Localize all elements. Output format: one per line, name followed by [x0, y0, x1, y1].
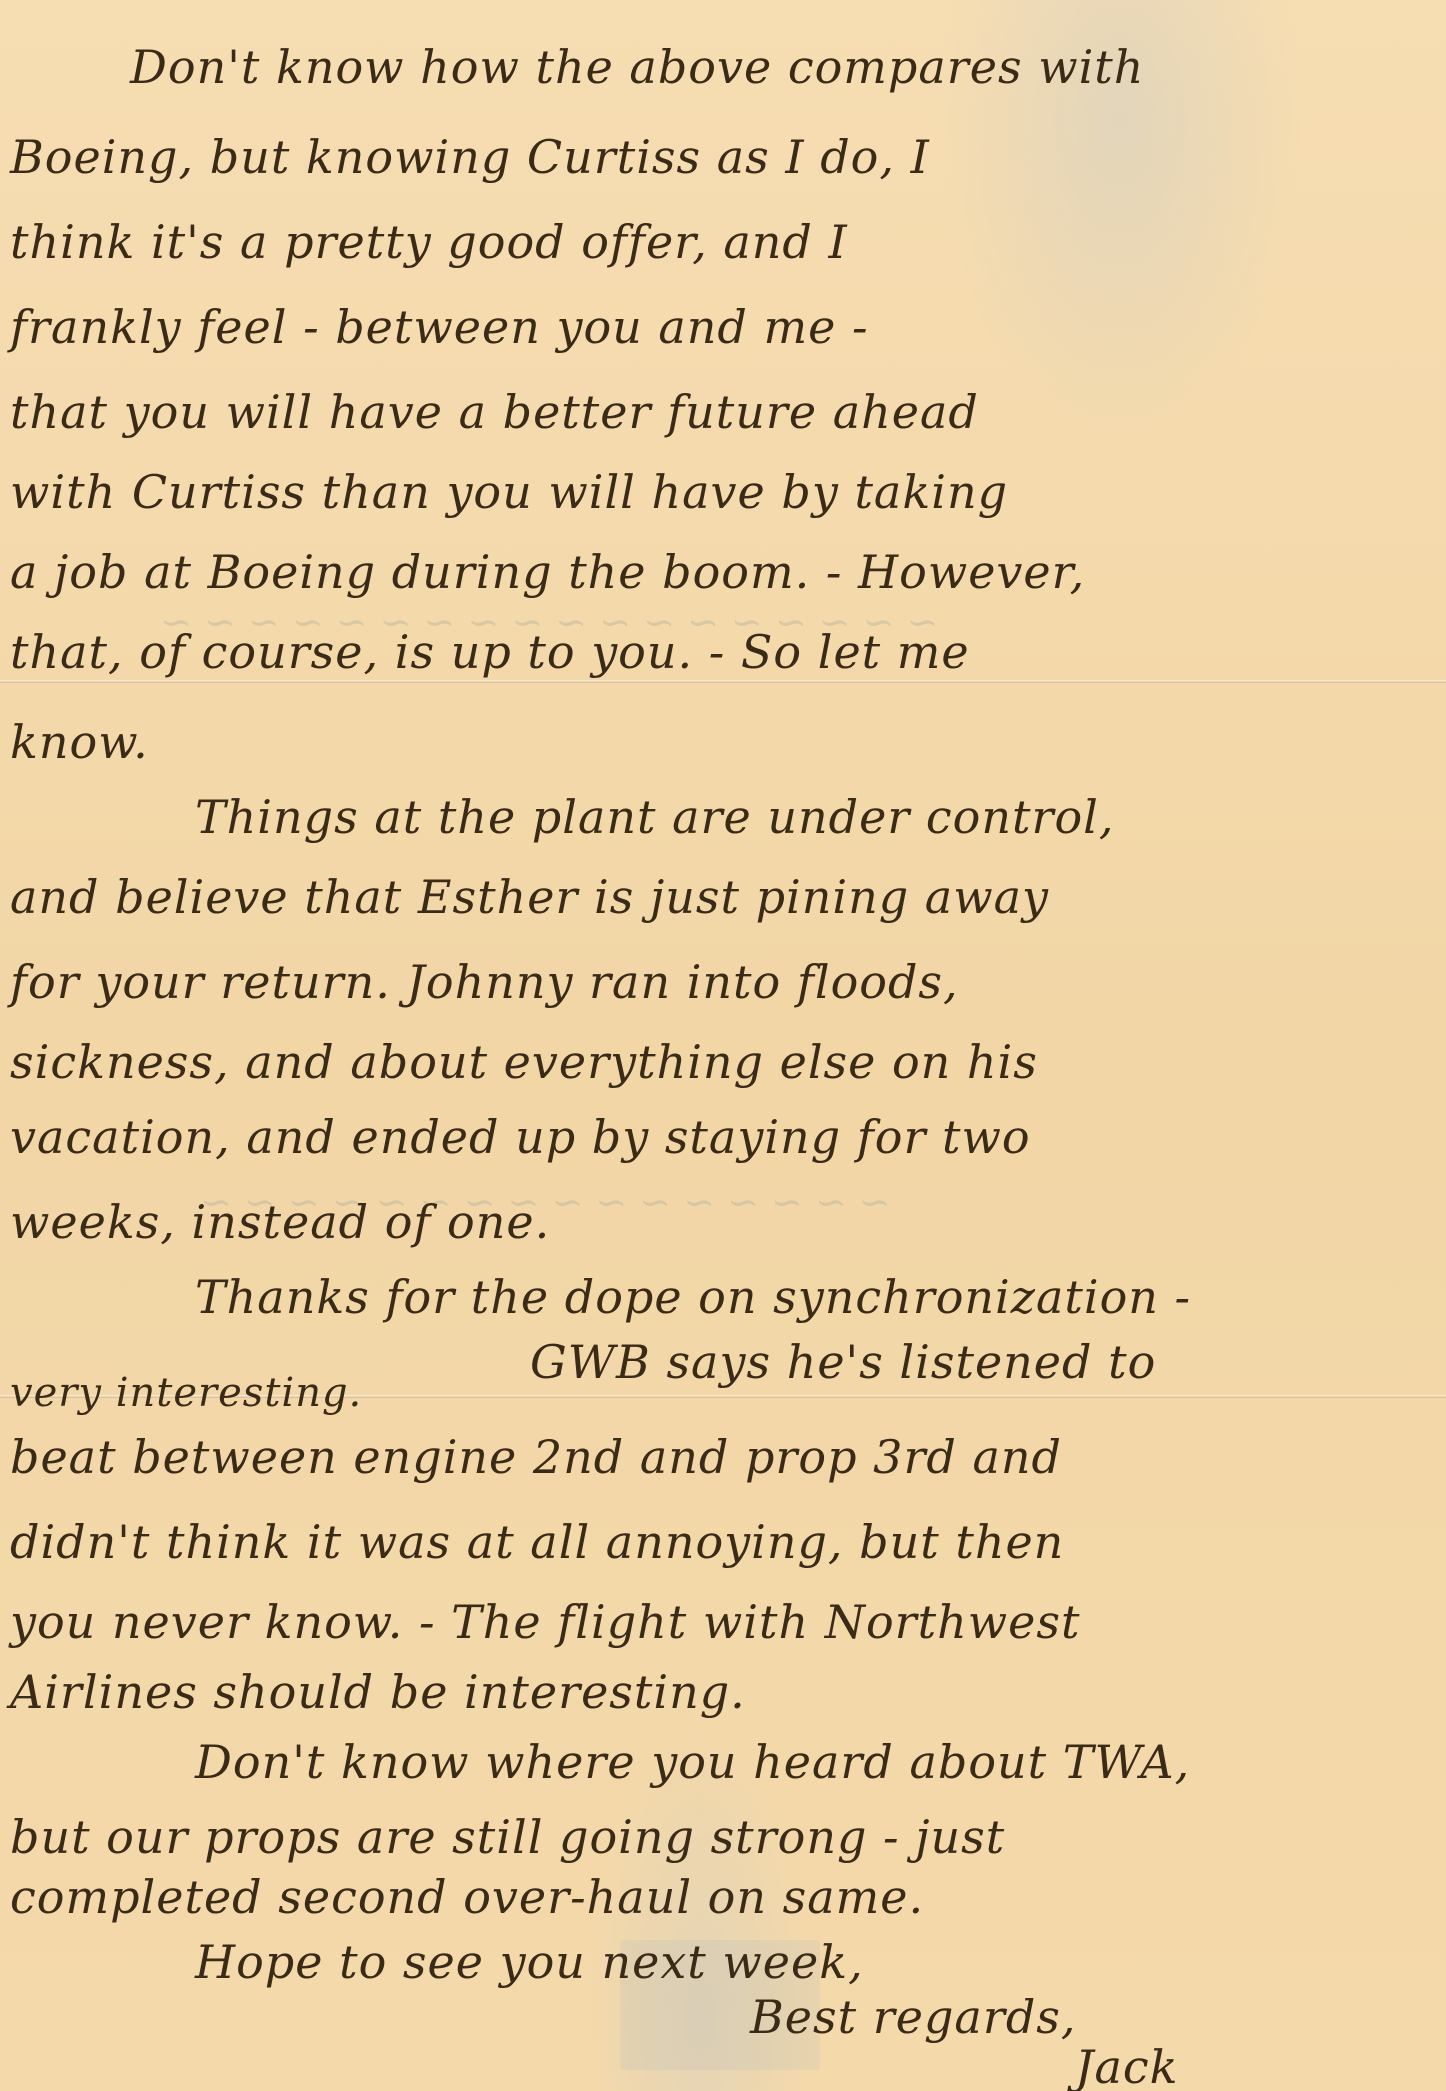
- letter-line: for your return. Johnny ran into floods,: [10, 955, 959, 1009]
- letter-line: a job at Boeing during the boom. - Howev…: [10, 545, 1085, 599]
- letter-line: and believe that Esther is just pining a…: [10, 870, 1049, 924]
- letter-line: Boeing, but knowing Curtiss as I do, I: [10, 130, 930, 184]
- closing-line: Hope to see you next week,: [195, 1935, 864, 1989]
- letter-page: ~ ~ ~ ~ ~ ~ ~ ~ ~ ~ ~ ~ ~ ~ ~ ~ ~ ~ ~ ~ …: [0, 0, 1446, 2091]
- letter-line: know.: [10, 715, 149, 769]
- letter-line: very interesting.: [10, 1370, 362, 1416]
- letter-line: Thanks for the dope on synchronization -: [195, 1270, 1191, 1324]
- letter-line: that, of course, is up to you. - So let …: [10, 625, 970, 679]
- letter-line: frankly feel - between you and me -: [10, 300, 869, 354]
- letter-line: you never know. - The flight with Northw…: [10, 1595, 1080, 1649]
- letter-line: beat between engine 2nd and prop 3rd and: [10, 1430, 1062, 1484]
- letter-line: with Curtiss than you will have by takin…: [10, 465, 1008, 519]
- letter-line: vacation, and ended up by staying for tw…: [10, 1110, 1031, 1164]
- letter-line: that you will have a better future ahead: [10, 385, 979, 439]
- letter-line: completed second over-haul on same.: [10, 1870, 924, 1924]
- letter-line: Things at the plant are under control,: [195, 790, 1115, 844]
- signature: Jack: [1075, 2040, 1179, 2091]
- letter-line: think it's a pretty good offer, and I: [10, 215, 848, 269]
- letter-line: GWB says he's listened to: [530, 1335, 1156, 1389]
- fold-line: [0, 680, 1446, 683]
- letter-line: but our props are still going strong - j…: [10, 1810, 1005, 1864]
- sign-off: Best regards,: [750, 1990, 1077, 2044]
- letter-line: Don't know where you heard about TWA,: [195, 1735, 1190, 1789]
- letter-line: sickness, and about everything else on h…: [10, 1035, 1038, 1089]
- letter-line: weeks, instead of one.: [10, 1195, 550, 1249]
- letter-line: Airlines should be interesting.: [10, 1665, 746, 1719]
- letter-line: didn't think it was at all annoying, but…: [10, 1515, 1064, 1569]
- letter-line: Don't know how the above compares with: [130, 40, 1144, 94]
